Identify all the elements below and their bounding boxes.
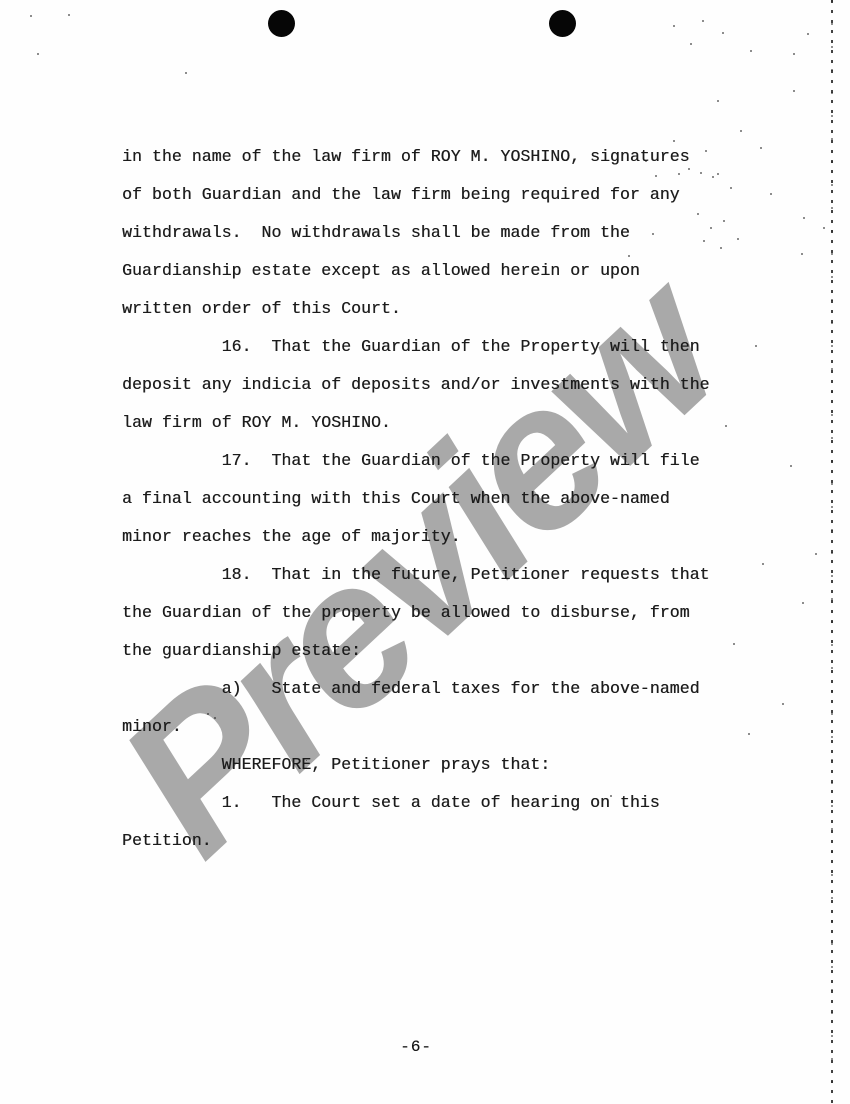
document-line: withdrawals. No withdrawals shall be mad… (122, 214, 710, 252)
noise-dot (803, 217, 805, 219)
noise-dot (725, 425, 727, 427)
document-line: written order of this Court. (122, 290, 710, 328)
document-line: the Guardian of the property be allowed … (122, 594, 710, 632)
page-number: -6- (400, 1038, 432, 1056)
noise-dot (673, 140, 675, 142)
document-line: deposit any indicia of deposits and/or i… (122, 366, 710, 404)
noise-dot (697, 213, 699, 215)
noise-dot (655, 175, 657, 177)
noise-dot (673, 25, 675, 27)
noise-dot (37, 53, 39, 55)
noise-dot (782, 703, 784, 705)
noise-dot (802, 602, 804, 604)
noise-dot (740, 130, 742, 132)
noise-dot (762, 563, 764, 565)
noise-dot (717, 100, 719, 102)
noise-dot (723, 220, 725, 222)
hole-punch-mark (549, 10, 576, 37)
document-line: 17. That the Guardian of the Property wi… (122, 442, 710, 480)
noise-dot (703, 240, 705, 242)
document-line: 18. That in the future, Petitioner reque… (122, 556, 710, 594)
noise-dot (645, 160, 647, 162)
noise-dot (793, 90, 795, 92)
document-line: 16. That the Guardian of the Property wi… (122, 328, 710, 366)
noise-dot (185, 72, 187, 74)
noise-dot (214, 717, 216, 719)
noise-dot (750, 50, 752, 52)
noise-dot (688, 168, 690, 170)
noise-dot (737, 238, 739, 240)
scan-edge-artifact (831, 0, 833, 1104)
noise-dot (760, 147, 762, 149)
noise-dot (652, 233, 654, 235)
document-body: in the name of the law firm of ROY M. YO… (122, 138, 710, 860)
noise-dot (722, 32, 724, 34)
noise-dot (801, 253, 803, 255)
noise-dot (730, 187, 732, 189)
document-line: a final accounting with this Court when … (122, 480, 710, 518)
noise-dot (815, 553, 817, 555)
noise-dot (68, 14, 70, 16)
noise-dot (710, 227, 712, 229)
document-line: of both Guardian and the law firm being … (122, 176, 710, 214)
document-line: a) State and federal taxes for the above… (122, 670, 710, 708)
noise-dot (720, 247, 722, 249)
document-line: Petition. (122, 822, 710, 860)
document-page: Preview in the name of the law firm of R… (0, 0, 850, 1104)
document-line: Guardianship estate except as allowed he… (122, 252, 710, 290)
noise-dot (717, 173, 719, 175)
noise-dot (712, 176, 714, 178)
noise-dot (793, 53, 795, 55)
document-line: 1. The Court set a date of hearing on th… (122, 784, 710, 822)
noise-dot (207, 713, 209, 715)
document-line: minor. (122, 708, 710, 746)
noise-dot (755, 345, 757, 347)
document-line: law firm of ROY M. YOSHINO. (122, 404, 710, 442)
noise-dot (748, 733, 750, 735)
noise-dot (628, 255, 630, 257)
noise-dot (770, 193, 772, 195)
noise-dot (790, 465, 792, 467)
document-line: in the name of the law firm of ROY M. YO… (122, 138, 710, 176)
noise-dot (807, 33, 809, 35)
noise-dot (700, 172, 702, 174)
noise-dot (733, 643, 735, 645)
noise-dot (30, 15, 32, 17)
noise-dot (705, 150, 707, 152)
noise-dot (702, 20, 704, 22)
document-line: the guardianship estate: (122, 632, 710, 670)
noise-dot (823, 227, 825, 229)
document-line: WHEREFORE, Petitioner prays that: (122, 746, 710, 784)
document-line: minor reaches the age of majority. (122, 518, 710, 556)
noise-dot (678, 173, 680, 175)
noise-dot (306, 760, 307, 761)
hole-punch-mark (268, 10, 295, 37)
noise-dot (690, 43, 692, 45)
noise-dot (610, 795, 612, 797)
